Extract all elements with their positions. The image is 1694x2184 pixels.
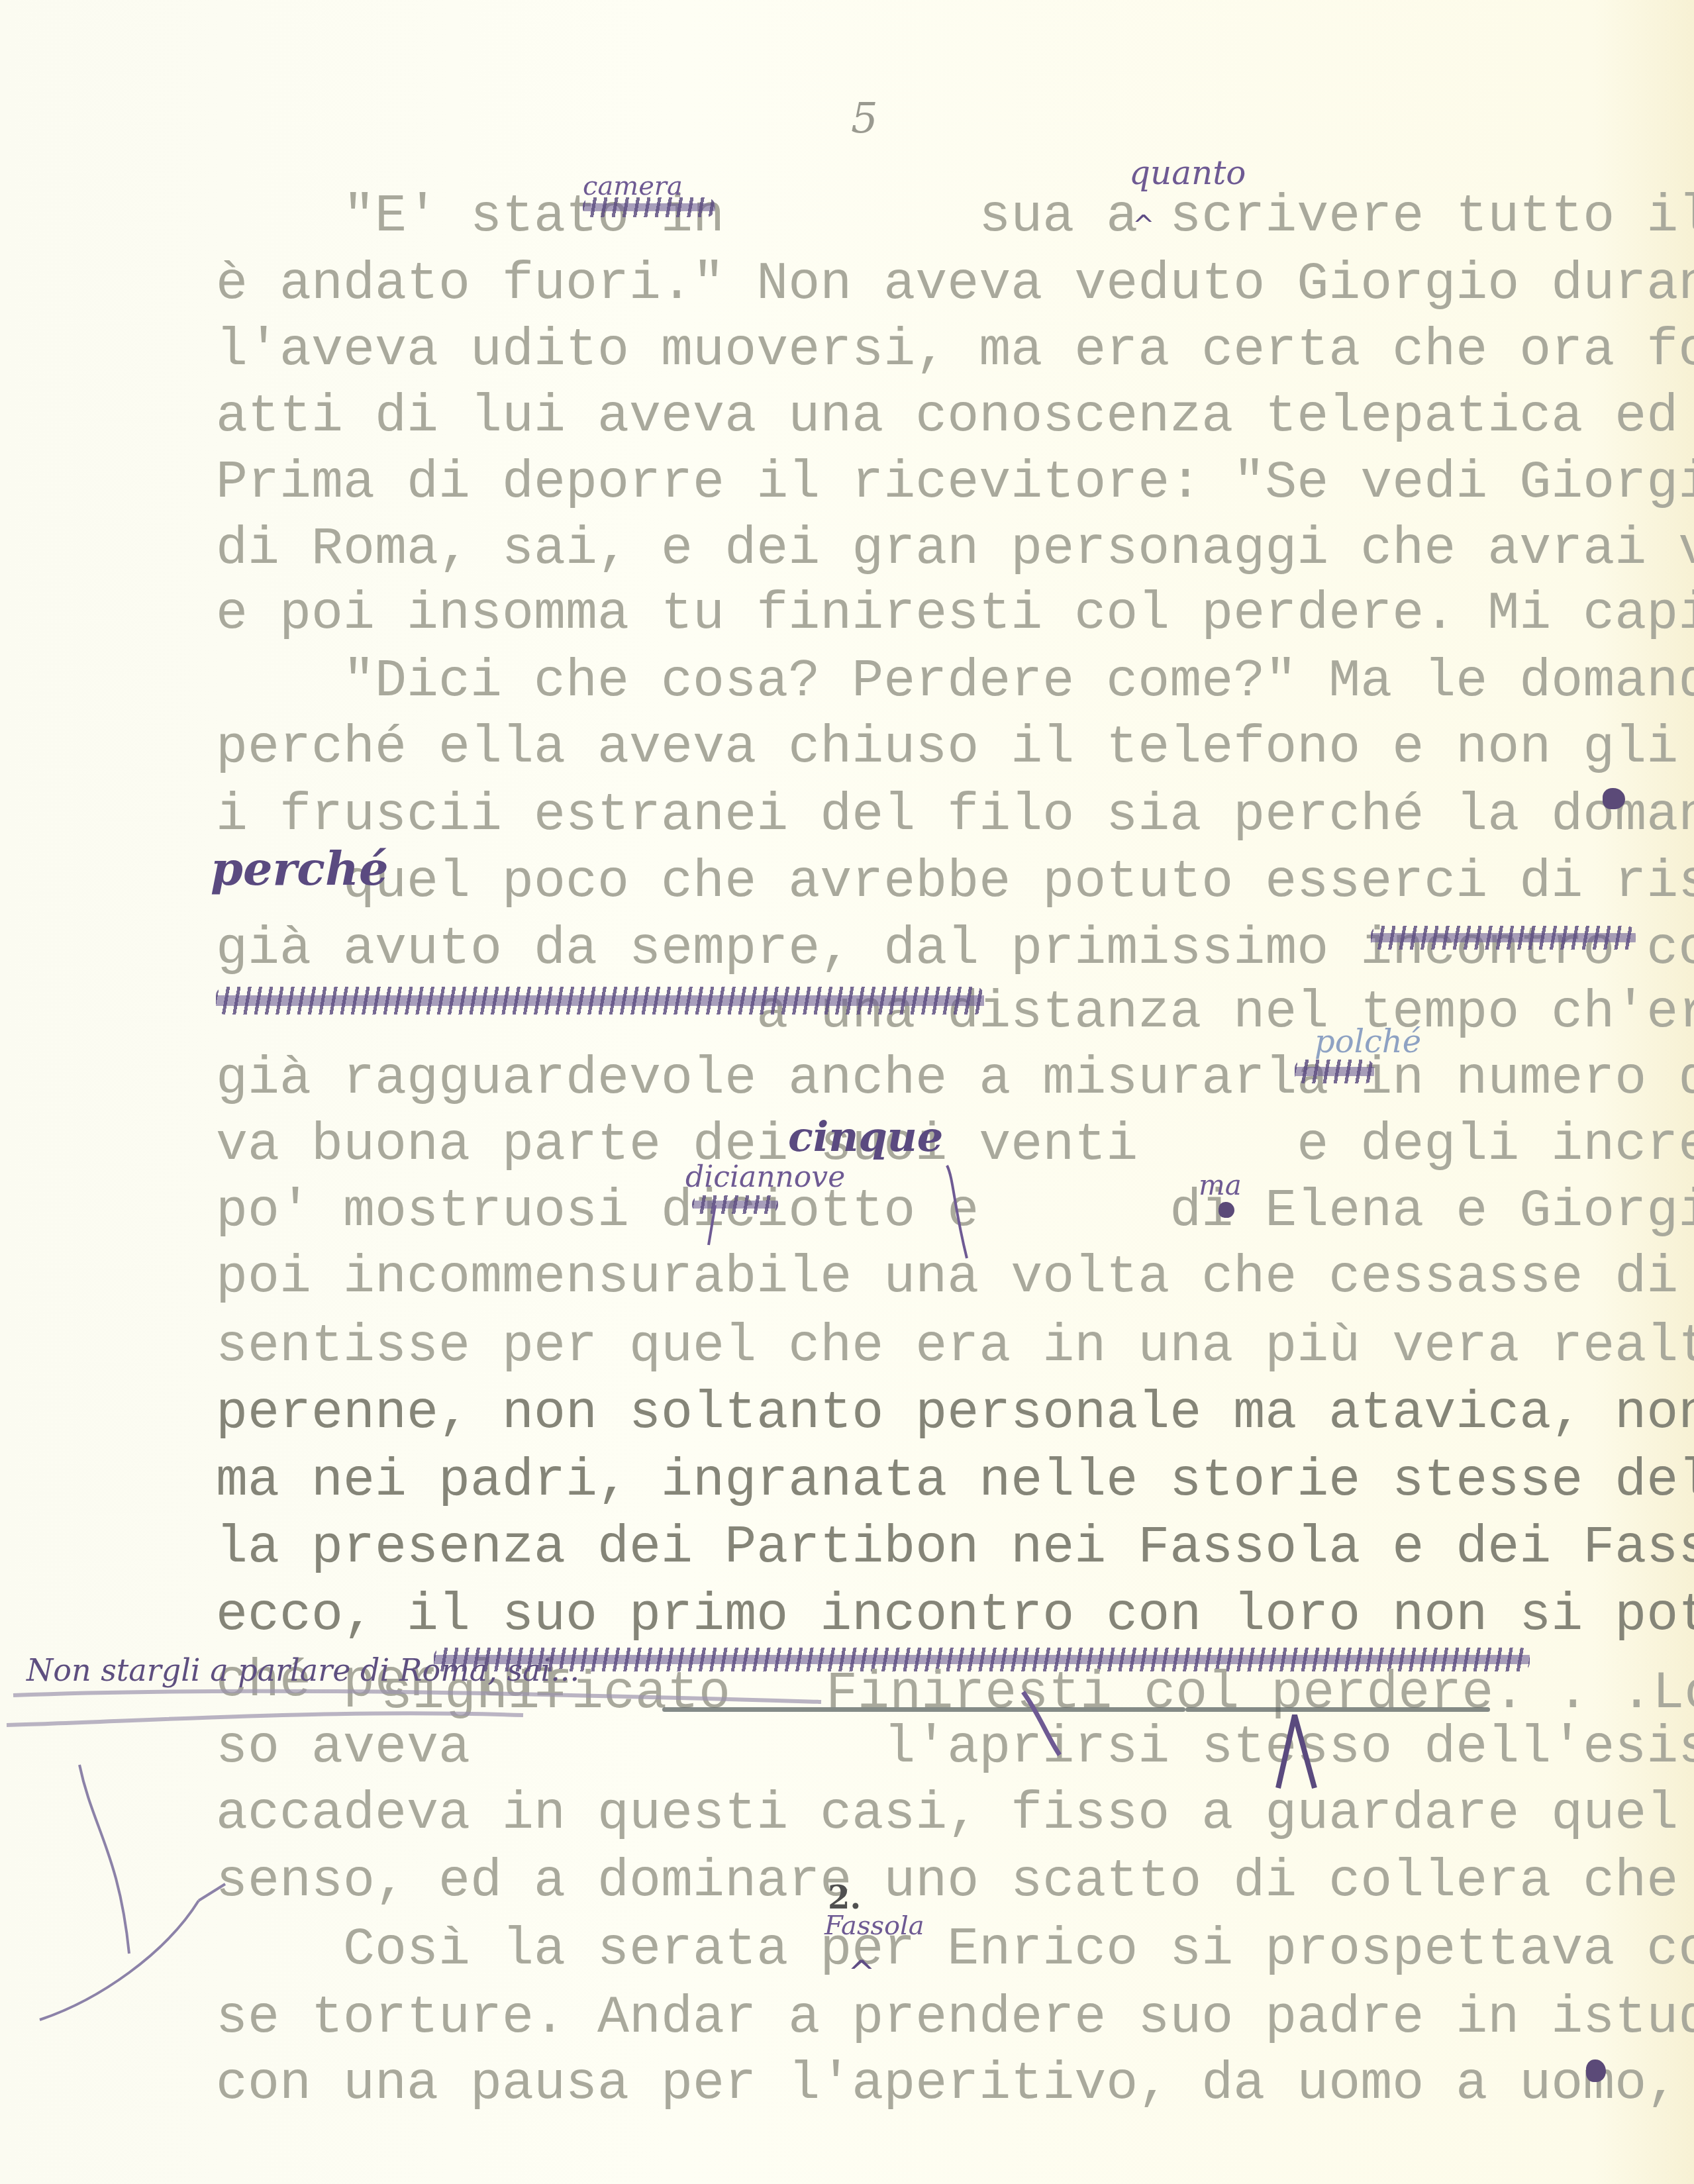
- pen-strokes: [0, 0, 1694, 2184]
